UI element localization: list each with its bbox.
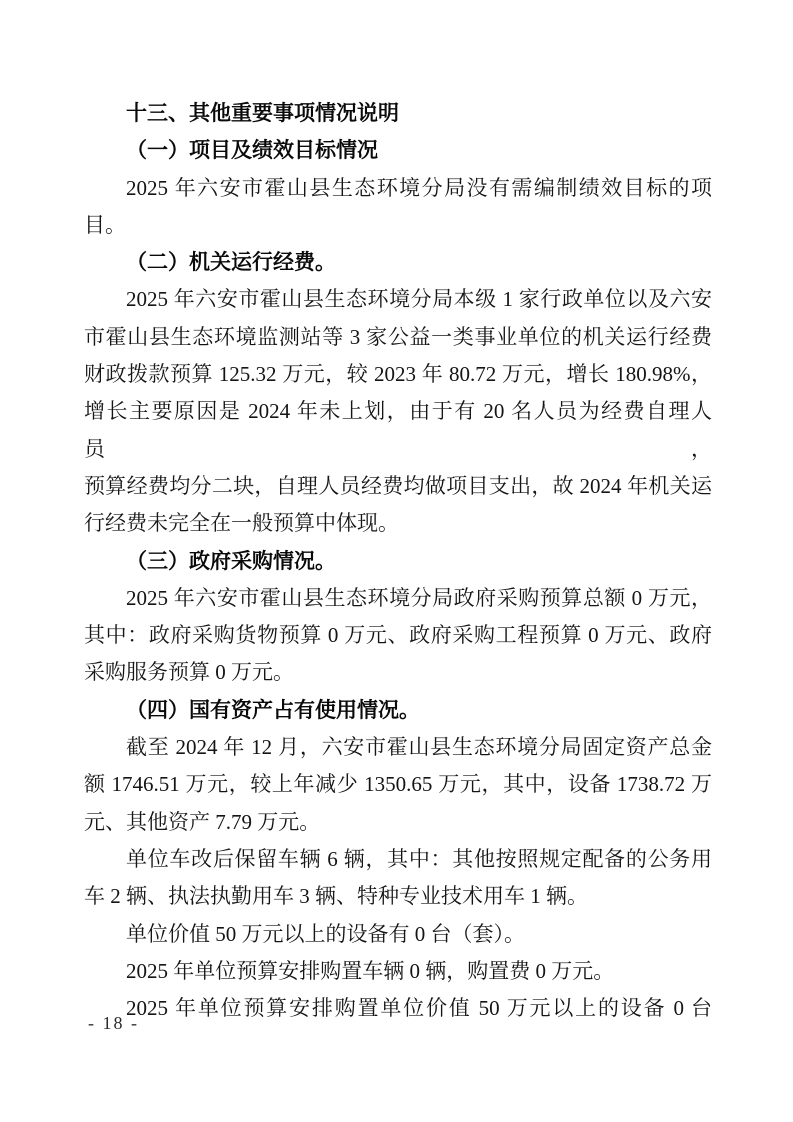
paragraph-line: 行经费未完全在一般预算中体现。 (84, 505, 712, 542)
paragraph-line: 财政拨款预算 125.32 万元，较 2023 年 80.72 万元，增长 18… (84, 356, 712, 393)
paragraph-line: 2025 年六安市霍山县生态环境分局没有需编制绩效目标的项 (84, 170, 712, 207)
subsection-heading-3: （三）政府采购情况。 (84, 543, 712, 580)
document-page: 十三、其他重要事项情况说明 （一）项目及绩效目标情况 2025 年六安市霍山县生… (0, 0, 793, 1122)
subsection-heading-4: （四）国有资产占有使用情况。 (84, 692, 712, 729)
paragraph-line: 截至 2024 年 12 月，六安市霍山县生态环境分局固定资产总金 (84, 729, 712, 766)
paragraph-line: 增长主要原因是 2024 年未上划，由于有 20 名人员为经费自理人员， (84, 393, 712, 468)
paragraph-line: 单位车改后保留车辆 6 辆，其中：其他按照规定配备的公务用 (84, 841, 712, 878)
main-section-heading: 十三、其他重要事项情况说明 (84, 95, 712, 132)
paragraph-line: 额 1746.51 万元，较上年减少 1350.65 万元，其中，设备 1738… (84, 766, 712, 803)
paragraph-line: 市霍山县生态环境监测站等 3 家公益一类事业单位的机关运行经费 (84, 319, 712, 356)
paragraph-line: 其中：政府采购货物预算 0 万元、政府采购工程预算 0 万元、政府 (84, 617, 712, 654)
paragraph-line: 2025 年六安市霍山县生态环境分局政府采购预算总额 0 万元， (84, 580, 712, 617)
paragraph-line: 预算经费均分二块，自理人员经费均做项目支出，故 2024 年机关运 (84, 468, 712, 505)
page-number: - 18 - (88, 1010, 139, 1036)
subsection-heading-2: （二）机关运行经费。 (84, 244, 712, 281)
subsection-heading-1: （一）项目及绩效目标情况 (84, 132, 712, 169)
paragraph-line: 采购服务预算 0 万元。 (84, 654, 712, 691)
paragraph-line: 车 2 辆、执法执勤用车 3 辆、特种专业技术用车 1 辆。 (84, 878, 712, 915)
paragraph-line: 2025 年单位预算安排购置车辆 0 辆，购置费 0 万元。 (84, 953, 712, 990)
paragraph-line: 元、其他资产 7.79 万元。 (84, 804, 712, 841)
paragraph-line: 单位价值 50 万元以上的设备有 0 台（套）。 (84, 916, 712, 953)
paragraph-line: 2025 年单位预算安排购置单位价值 50 万元以上的设备 0 台 (84, 990, 712, 1027)
paragraph-line: 目。 (84, 207, 712, 244)
document-body: 十三、其他重要事项情况说明 （一）项目及绩效目标情况 2025 年六安市霍山县生… (84, 95, 712, 1027)
paragraph-line: 2025 年六安市霍山县生态环境分局本级 1 家行政单位以及六安 (84, 281, 712, 318)
